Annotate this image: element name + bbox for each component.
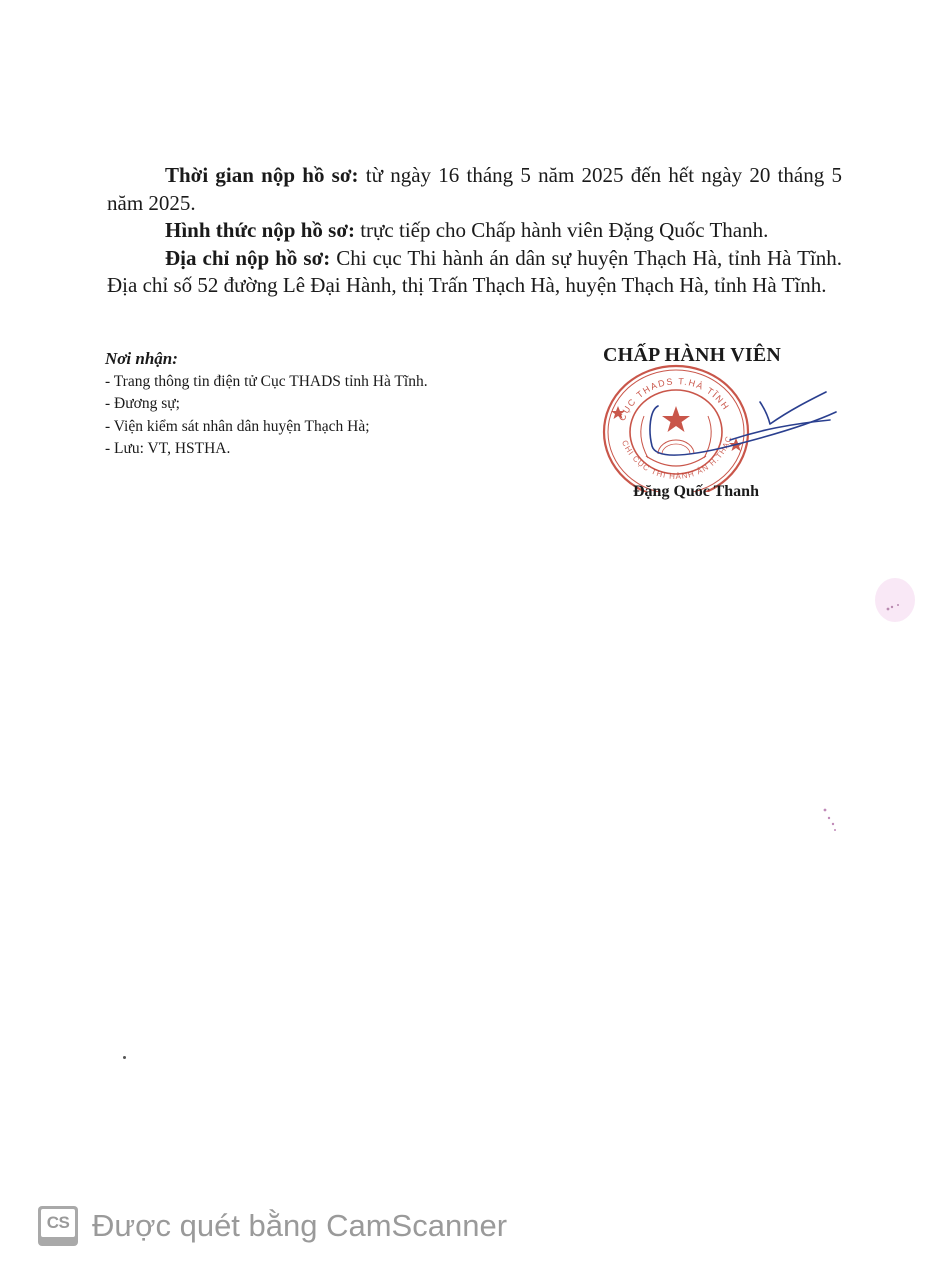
submission-method-paragraph: Hình thức nộp hồ sơ: trực tiếp cho Chấp … [107, 217, 842, 245]
recipient-item: - Lưu: VT, HSTHA. [105, 438, 525, 461]
submission-method-text: trực tiếp cho Chấp hành viên Đặng Quốc T… [355, 218, 768, 242]
scan-smudge-icon [870, 575, 920, 635]
submission-time-label: Thời gian nộp hồ sơ: [165, 163, 358, 187]
signer-name: Đặng Quốc Thanh [633, 483, 759, 501]
recipients-title: Nơi nhận: [105, 348, 525, 371]
handwritten-signature-icon [630, 380, 840, 460]
recipient-item: - Trang thông tin điện tử Cục THADS tỉnh… [105, 371, 525, 394]
scan-speck [123, 1056, 126, 1059]
recipient-item: - Đương sự; [105, 393, 525, 416]
camscanner-watermark-text: Được quét bằng CamScanner [92, 1208, 507, 1244]
recipients-block: Nơi nhận: - Trang thông tin điện tử Cục … [105, 348, 525, 461]
camscanner-logo-text: CS [41, 1209, 75, 1237]
submission-address-label: Địa chỉ nộp hồ sơ: [165, 246, 330, 270]
scanned-document-page: Thời gian nộp hồ sơ: từ ngày 16 tháng 5 … [0, 0, 944, 1280]
submission-method-label: Hình thức nộp hồ sơ: [165, 218, 355, 242]
document-body: Thời gian nộp hồ sơ: từ ngày 16 tháng 5 … [107, 162, 842, 300]
camscanner-watermark: CS Được quét bằng CamScanner [38, 1204, 507, 1248]
recipient-item: - Viện kiểm sát nhân dân huyện Thạch Hà; [105, 416, 525, 439]
submission-address-paragraph: Địa chỉ nộp hồ sơ: Chi cục Thi hành án d… [107, 245, 842, 300]
camscanner-logo-icon: CS [38, 1206, 78, 1246]
signer-title: CHẤP HÀNH VIÊN [603, 344, 781, 367]
scan-smudge-icon [815, 800, 845, 840]
submission-time-paragraph: Thời gian nộp hồ sơ: từ ngày 16 tháng 5 … [107, 162, 842, 217]
